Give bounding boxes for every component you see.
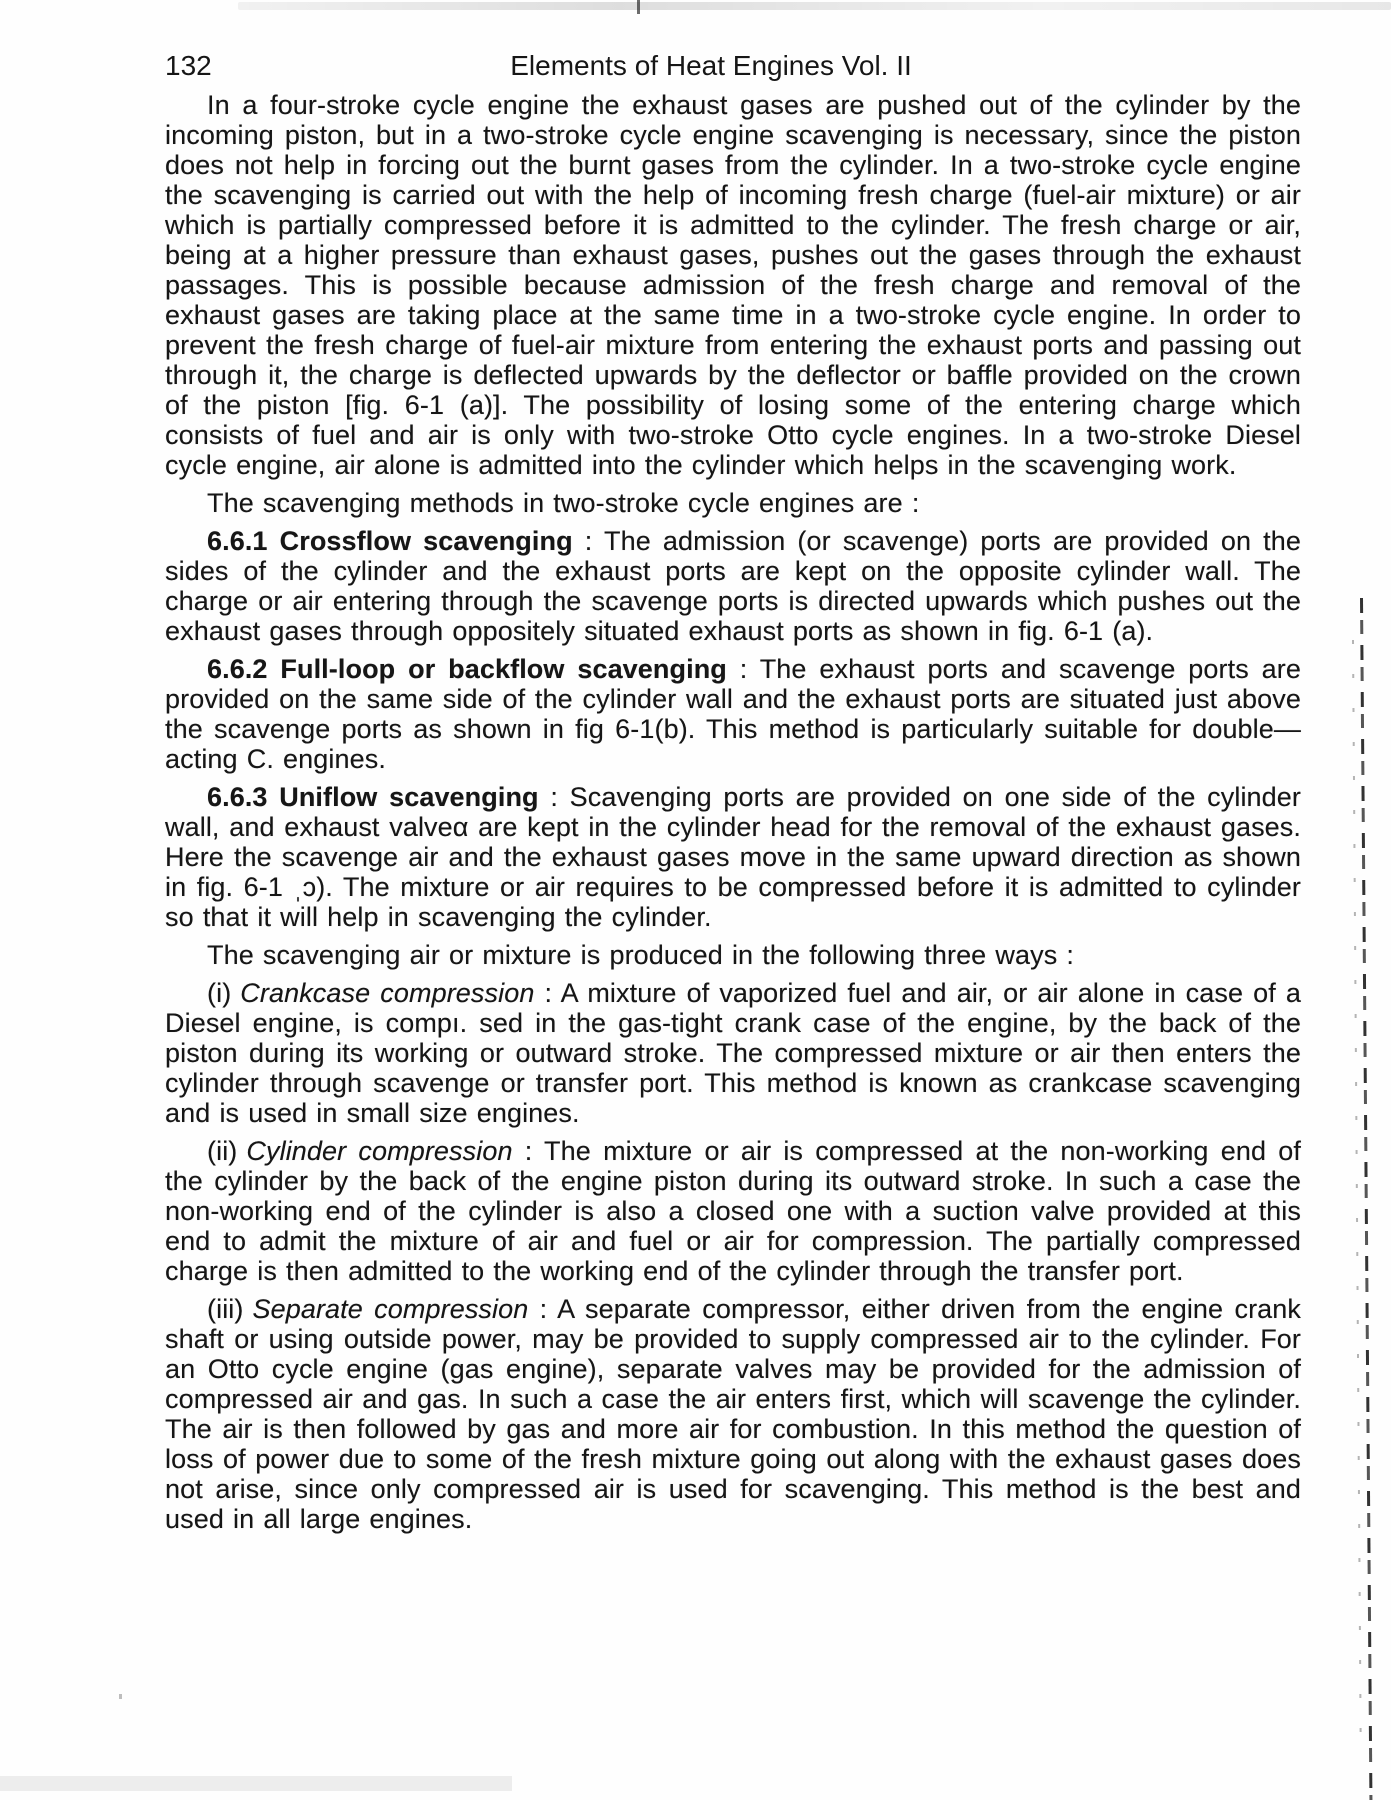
scan-tick-mark — [637, 0, 640, 14]
scan-dot-column-right — [1352, 640, 1362, 1740]
way-title-cylinder: Cylinder compression — [246, 1136, 512, 1166]
way-marker-iii: (iii) — [207, 1294, 243, 1324]
section-heading-6-6-1: 6.6.1 Crossflow scavenging — [207, 526, 573, 556]
section-heading-6-6-2: 6.6.2 Full-loop or backflow scavenging — [207, 654, 727, 684]
scanned-book-page: 132 Elements of Heat Engines Vol. II In … — [0, 0, 1391, 1800]
way-separate-compression: (iii)Separate compression : A separate c… — [165, 1294, 1301, 1534]
scan-dot-left — [119, 1694, 122, 1699]
section-heading-6-6-3: 6.6.3 Uniflow scavenging — [207, 782, 539, 812]
way-cylinder-compression: (ii)Cylinder compression : The mixture o… — [165, 1136, 1301, 1286]
ways-line: The scavenging air or mixture is produce… — [165, 940, 1301, 970]
methods-line: The scavenging methods in two-stroke cyc… — [165, 488, 1301, 518]
way-marker-i: (i) — [207, 978, 231, 1008]
page-body: In a four-stroke cycle engine the exhaus… — [165, 82, 1301, 1534]
way-title-crankcase: Crankcase compression — [240, 978, 534, 1008]
section-full-loop-scavenging: 6.6.2 Full-loop or backflow scavenging :… — [165, 654, 1301, 774]
way-marker-ii: (ii) — [207, 1136, 237, 1166]
way-body-separate: : A separate compressor, either driven f… — [165, 1294, 1301, 1534]
intro-paragraph: In a four-stroke cycle engine the exhaus… — [165, 90, 1301, 480]
section-crossflow-scavenging: 6.6.1 Crossflow scavenging : The admissi… — [165, 526, 1301, 646]
scan-smudge-bottom — [0, 1776, 512, 1791]
running-title: Elements of Heat Engines Vol. II — [143, 50, 1279, 82]
page-header: 132 Elements of Heat Engines Vol. II — [165, 50, 1301, 84]
scan-dash-line-right — [1360, 598, 1372, 1800]
way-crankcase-compression: (i)Crankcase compression : A mixture of … — [165, 978, 1301, 1128]
scan-smudge-top — [238, 2, 1391, 10]
section-uniflow-scavenging: 6.6.3 Uniflow scavenging : Scavenging po… — [165, 782, 1301, 932]
way-title-separate: Separate compression — [252, 1294, 528, 1324]
